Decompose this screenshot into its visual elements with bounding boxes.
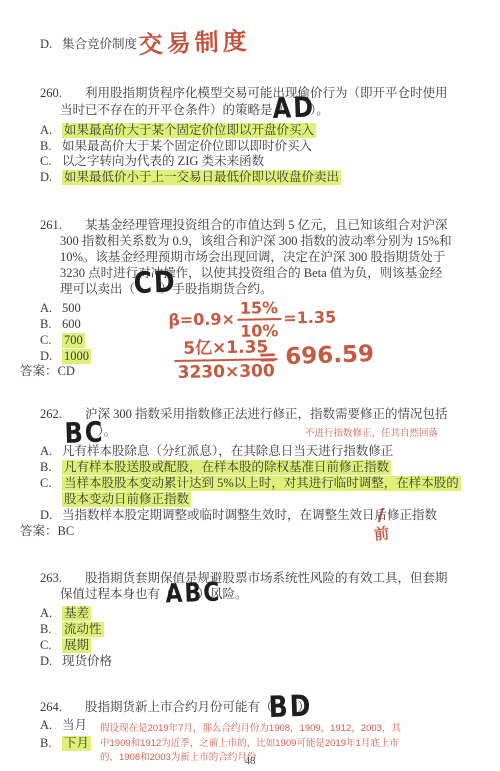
option-text: 修正指数	[387, 508, 437, 522]
page-number: 48	[0, 755, 500, 767]
option-text: 凡有样本股除息（分红派息），在其除息日当天进行指数修正	[62, 444, 393, 458]
option-text: 当月	[62, 718, 87, 732]
prev-option-d: D.集合竞价制度	[40, 37, 137, 52]
q261-line4: 3230 点时进行对冲操作，以使其投资组合的 Beta 值为负，则该基金经	[60, 266, 442, 281]
q262-option-c-line2: 股本变动日前修正指数	[62, 492, 191, 507]
option-label: C.	[40, 333, 62, 348]
option-text-highlighted: 展期	[62, 638, 91, 653]
option-text-highlighted: 下月	[62, 736, 91, 751]
question-text: 股指期货套期保值是规避股票市场系统性风险的有效工具，但套期	[85, 571, 448, 585]
answer-label: 答案：	[20, 364, 58, 379]
q263-option-b: B.流动性	[40, 622, 104, 637]
handwritten-formula-result: = 696.59	[258, 341, 375, 371]
answer-value: BC	[58, 524, 75, 538]
option-label: C.	[40, 638, 62, 653]
option-label: B.	[40, 736, 62, 751]
q261-option-a: A.500	[40, 301, 81, 316]
question-number: 260.	[40, 86, 85, 101]
option-label: C.	[40, 476, 62, 491]
q262-option-b: B.凡有样本股送股或配股，在样本股的除权基准日前修正指数	[40, 460, 391, 475]
q262-option-d: D.当指数样本股定期调整或临时调整生效时，在调整生效日后修正指数	[40, 508, 437, 523]
option-text: 当指数样本股定期调整或临时调整生效时，在调整生效日	[62, 508, 375, 522]
q264-option-a: A.当月	[40, 718, 87, 733]
red-margin-note-q262: 不进行指数修正，任其自然回落	[305, 427, 438, 441]
option-label: A.	[40, 444, 62, 459]
fraction-numerator: 15%	[237, 298, 282, 321]
formula-prefix: β=0.9×	[168, 309, 235, 329]
option-text-highlighted: 如果最低价小于上一交易日最低价即以收盘价卖出	[62, 170, 341, 185]
option-text: 如果最高价大于某个固定价位即以即时价买入	[62, 139, 312, 153]
q261-line2: 300 指数相关系数为 0.9，该组合和沪深 300 指数的波动率分别为 15%…	[60, 234, 452, 249]
option-text: 以之字转向为代表的 ZIG 类未来函数	[62, 154, 264, 168]
option-text: 集合竞价制度	[62, 37, 137, 51]
question-text: 利用股指期货程序化模型交易可能出现偷价行为（即开平仓时使用	[85, 86, 448, 100]
q261-answer-line: 答案：CD	[20, 364, 75, 379]
handwritten-answer-q261: CD	[133, 264, 177, 300]
option-text-highlighted: 凡有样本股送股或配股，在样本股的除权基准日前修正指数	[62, 460, 391, 475]
option-label: D.	[40, 508, 62, 523]
q260-option-b: B.如果最高价大于某个固定价位即以即时价买入	[40, 139, 312, 154]
question-number: 264.	[40, 700, 85, 715]
q262-option-c-line1: C.当样本股股本变动累计达到 5%以上时，对其进行临时调整，在样本股的	[40, 476, 461, 491]
option-label: D.	[40, 349, 62, 364]
q260-option-d: D.如果最低价小于上一交易日最低价即以收盘价卖出	[40, 170, 341, 185]
answer-value: CD	[58, 364, 75, 378]
q261-option-b: B.600	[40, 317, 81, 332]
option-text-highlighted: 1000	[62, 349, 91, 364]
option-label: A.	[40, 606, 62, 621]
q260-line1: 260.利用股指期货程序化模型交易可能出现偷价行为（即开平仓时使用	[40, 86, 448, 101]
option-text-highlighted: 流动性	[62, 622, 104, 637]
option-label: D.	[40, 170, 62, 185]
option-label: A.	[40, 123, 62, 138]
handwritten-note-trading-system: 交易制度	[138, 21, 251, 60]
struck-character: 后	[375, 508, 388, 522]
formula-suffix: =1.35	[283, 308, 336, 328]
option-label: B.	[40, 622, 62, 637]
red-margin-note-q264-line2: 中1909和1912为近季，之前上市的，比如1909可能是2019年1月底上市	[100, 737, 399, 751]
option-label: D.	[40, 654, 62, 669]
document-page: D.集合竞价制度 交易制度 260.利用股指期货程序化模型交易可能出现偷价行为（…	[0, 0, 500, 771]
q263-option-d: D.现货价格	[40, 654, 112, 669]
q263-option-c: C.展期	[40, 638, 91, 653]
option-text: 500	[62, 301, 81, 315]
handwritten-correction-char: 前	[373, 522, 390, 544]
q260-option-c: C.以之字转向为代表的 ZIG 类未来函数	[40, 154, 264, 169]
red-margin-note-q264-line1: 假设现在是2019年7月，那么合约月份为1908，1909，1912，2003，…	[100, 722, 401, 736]
q263-option-a: A.基差	[40, 606, 91, 621]
handwritten-answer-q260: AD	[272, 91, 316, 126]
q263-line1: 263.股指期货套期保值是规避股票市场系统性风险的有效工具，但套期	[40, 571, 448, 586]
q261-option-d: D.1000	[40, 349, 91, 364]
option-label: B.	[40, 139, 62, 154]
option-text: 600	[62, 317, 81, 331]
option-label: A.	[40, 718, 62, 733]
q261-line1: 261.某基金经理管理投资组合的市值达到 5 亿元，且已知该组合对沪深	[40, 218, 448, 233]
option-text-highlighted: 当样本股股本变动累计达到 5%以上时，对其进行临时调整，在样本股的	[62, 476, 461, 491]
option-text-highlighted: 700	[62, 333, 85, 348]
q264-option-b: B.下月	[40, 736, 91, 751]
option-text-highlighted: 如果最高价大于某个固定价位即以开盘价买入	[62, 123, 316, 138]
q261-option-c: C.700	[40, 333, 85, 348]
q260-option-a: A.如果最高价大于某个固定价位即以开盘价买入	[40, 123, 316, 138]
answer-label: 答案：	[20, 524, 58, 539]
option-label: C.	[40, 154, 62, 169]
option-text: 现货价格	[62, 654, 112, 668]
question-number: 263.	[40, 571, 85, 586]
option-text-highlighted: 股本变动日前修正指数	[62, 492, 191, 507]
question-number: 261.	[40, 218, 85, 233]
option-label: B.	[40, 317, 62, 332]
option-label: B.	[40, 460, 62, 475]
handwritten-answer-q263: ABC	[165, 578, 222, 609]
q262-answer-line: 答案：BC	[20, 524, 74, 539]
question-text: 某基金经理管理投资组合的市值达到 5 亿元，且已知该组合对沪深	[85, 218, 448, 232]
option-label: A.	[40, 301, 62, 316]
handwritten-answer-q264: BD	[268, 688, 313, 724]
option-label: D.	[40, 37, 62, 52]
option-text-highlighted: 基差	[62, 606, 91, 621]
question-text: 沪深 300 指数采用指数修正法进行修正，指数需要修正的情况包括	[85, 407, 448, 421]
q261-line3: 10%。该基金经理预期市场会出现回调，决定在沪深 300 股指期货处于	[60, 250, 445, 265]
q262-option-a: A.凡有样本股除息（分红派息），在其除息日当天进行指数修正	[40, 444, 393, 459]
